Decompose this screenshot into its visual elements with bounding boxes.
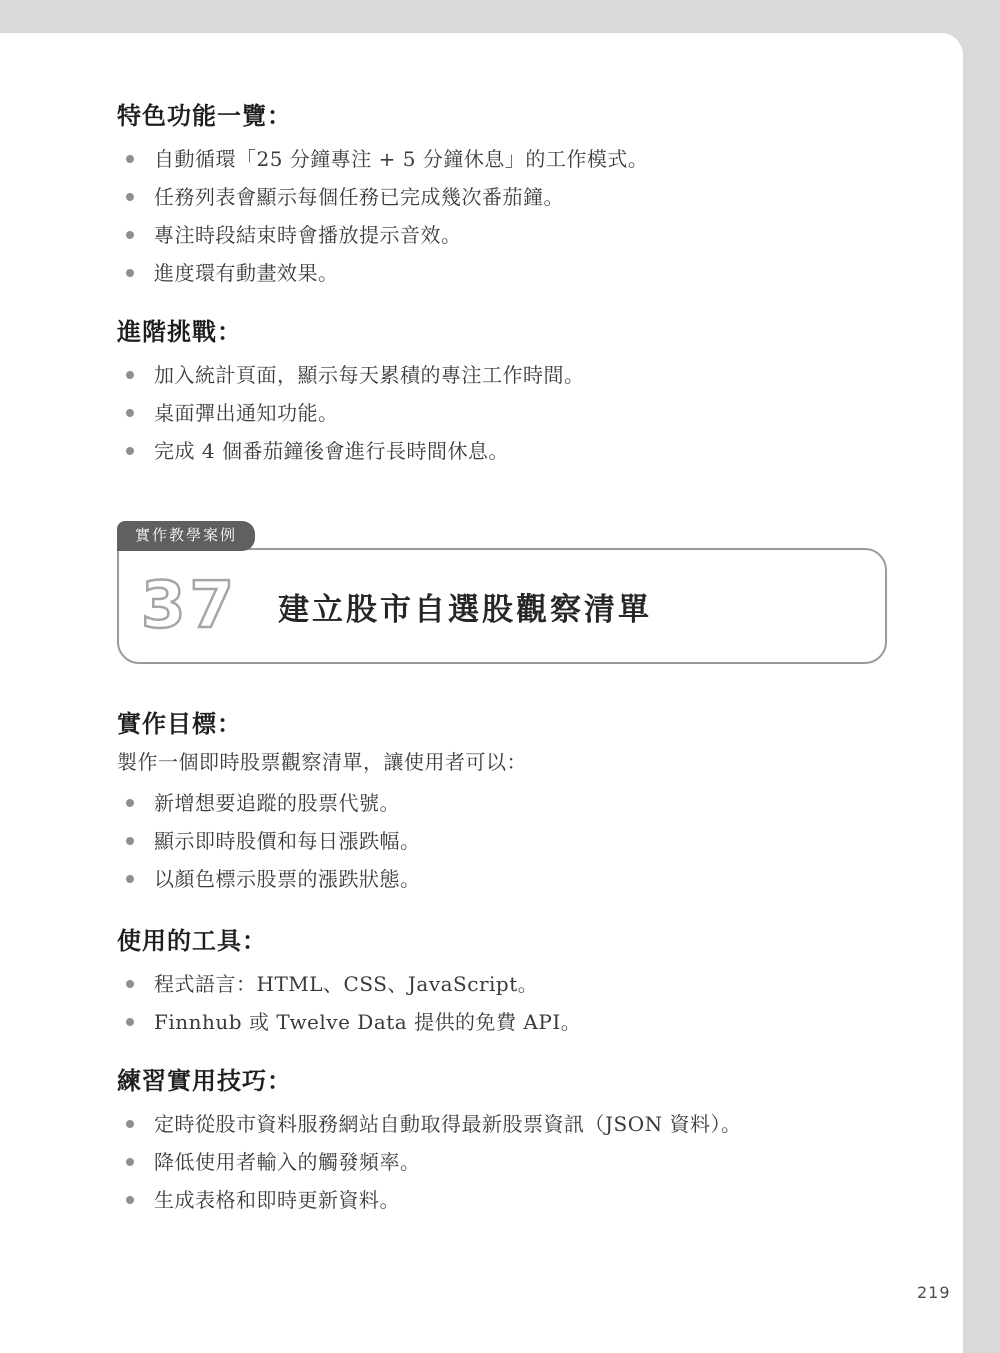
list-item-text: 完成 4 個番茄鐘後會進行長時間休息。 <box>154 439 509 463</box>
bullet-icon <box>126 980 134 988</box>
bullet-icon <box>126 1018 134 1026</box>
goals-intro: 製作一個即時股票觀察清單，讓使用者可以： <box>117 749 913 775</box>
bullet-icon <box>126 837 134 845</box>
tools-list: 程式語言：HTML、CSS、JavaScript。 Finnhub 或 Twel… <box>117 972 913 1034</box>
case-header: 實作教學案例 37 建立股市自選股觀察清單 <box>117 548 887 664</box>
list-item: 加入統計頁面，顯示每天累積的專注工作時間。 <box>117 363 913 387</box>
page-content: 特色功能一覽： 自動循環「25 分鐘專注 + 5 分鐘休息」的工作模式。 任務列… <box>0 33 963 1212</box>
section-heading-skills: 練習實用技巧： <box>117 1066 913 1096</box>
bullet-icon <box>126 371 134 379</box>
bullet-icon <box>126 269 134 277</box>
list-item-text: 定時從股市資料服務網站自動取得最新股票資訊（JSON 資料）。 <box>154 1112 741 1136</box>
list-item: 程式語言：HTML、CSS、JavaScript。 <box>117 972 913 996</box>
list-item-text: 生成表格和即時更新資料。 <box>154 1188 400 1212</box>
bullet-icon <box>126 1120 134 1128</box>
features-list: 自動循環「25 分鐘專注 + 5 分鐘休息」的工作模式。 任務列表會顯示每個任務… <box>117 147 913 285</box>
list-item: Finnhub 或 Twelve Data 提供的免費 API。 <box>117 1010 913 1034</box>
list-item-text: 程式語言：HTML、CSS、JavaScript。 <box>154 972 538 996</box>
bullet-icon <box>126 193 134 201</box>
case-title-box: 37 建立股市自選股觀察清單 <box>117 548 887 664</box>
bullet-icon <box>126 231 134 239</box>
list-item-text: Finnhub 或 Twelve Data 提供的免費 API。 <box>154 1010 581 1034</box>
list-item-text: 任務列表會顯示每個任務已完成幾次番茄鐘。 <box>154 185 564 209</box>
list-item-text: 新增想要追蹤的股票代號。 <box>154 791 400 815</box>
bullet-icon <box>126 155 134 163</box>
list-item-text: 加入統計頁面，顯示每天累積的專注工作時間。 <box>154 363 585 387</box>
list-item-text: 專注時段結束時會播放提示音效。 <box>154 223 462 247</box>
list-item-text: 以顏色標示股票的漲跌狀態。 <box>154 867 421 891</box>
bullet-icon <box>126 1158 134 1166</box>
section-heading-goals: 實作目標： <box>117 709 913 739</box>
list-item: 任務列表會顯示每個任務已完成幾次番茄鐘。 <box>117 185 913 209</box>
list-item-text: 自動循環「25 分鐘專注 + 5 分鐘休息」的工作模式。 <box>154 147 648 171</box>
list-item: 降低使用者輸入的觸發頻率。 <box>117 1150 913 1174</box>
list-item: 桌面彈出通知功能。 <box>117 401 913 425</box>
challenges-list: 加入統計頁面，顯示每天累積的專注工作時間。 桌面彈出通知功能。 完成 4 個番茄… <box>117 363 913 463</box>
bullet-icon <box>126 409 134 417</box>
case-number: 37 <box>141 574 238 638</box>
book-page: 特色功能一覽： 自動循環「25 分鐘專注 + 5 分鐘休息」的工作模式。 任務列… <box>0 33 963 1353</box>
book-page-background: { "colors": { "background": "#d9d9d9", "… <box>0 0 1000 1353</box>
list-item: 進度環有動畫效果。 <box>117 261 913 285</box>
goals-list: 新增想要追蹤的股票代號。 顯示即時股價和每日漲跌幅。 以顏色標示股票的漲跌狀態。 <box>117 791 913 891</box>
list-item: 定時從股市資料服務網站自動取得最新股票資訊（JSON 資料）。 <box>117 1112 913 1136</box>
section-heading-challenges: 進階挑戰： <box>117 317 913 347</box>
list-item: 以顏色標示股票的漲跌狀態。 <box>117 867 913 891</box>
page-number: 219 <box>917 1283 951 1302</box>
list-item-text: 顯示即時股價和每日漲跌幅。 <box>154 829 421 853</box>
list-item: 顯示即時股價和每日漲跌幅。 <box>117 829 913 853</box>
list-item: 新增想要追蹤的股票代號。 <box>117 791 913 815</box>
list-item: 專注時段結束時會播放提示音效。 <box>117 223 913 247</box>
list-item-text: 降低使用者輸入的觸發頻率。 <box>154 1150 421 1174</box>
list-item: 生成表格和即時更新資料。 <box>117 1188 913 1212</box>
bullet-icon <box>126 799 134 807</box>
bullet-icon <box>126 1196 134 1204</box>
list-item: 完成 4 個番茄鐘後會進行長時間休息。 <box>117 439 913 463</box>
skills-list: 定時從股市資料服務網站自動取得最新股票資訊（JSON 資料）。 降低使用者輸入的… <box>117 1112 913 1212</box>
list-item: 自動循環「25 分鐘專注 + 5 分鐘休息」的工作模式。 <box>117 147 913 171</box>
bullet-icon <box>126 447 134 455</box>
list-item-text: 桌面彈出通知功能。 <box>154 401 339 425</box>
section-heading-features: 特色功能一覽： <box>117 101 913 131</box>
bullet-icon <box>126 875 134 883</box>
case-title: 建立股市自選股觀察清單 <box>278 584 652 629</box>
list-item-text: 進度環有動畫效果。 <box>154 261 339 285</box>
section-heading-tools: 使用的工具： <box>117 926 913 956</box>
case-tag-badge: 實作教學案例 <box>117 521 255 551</box>
